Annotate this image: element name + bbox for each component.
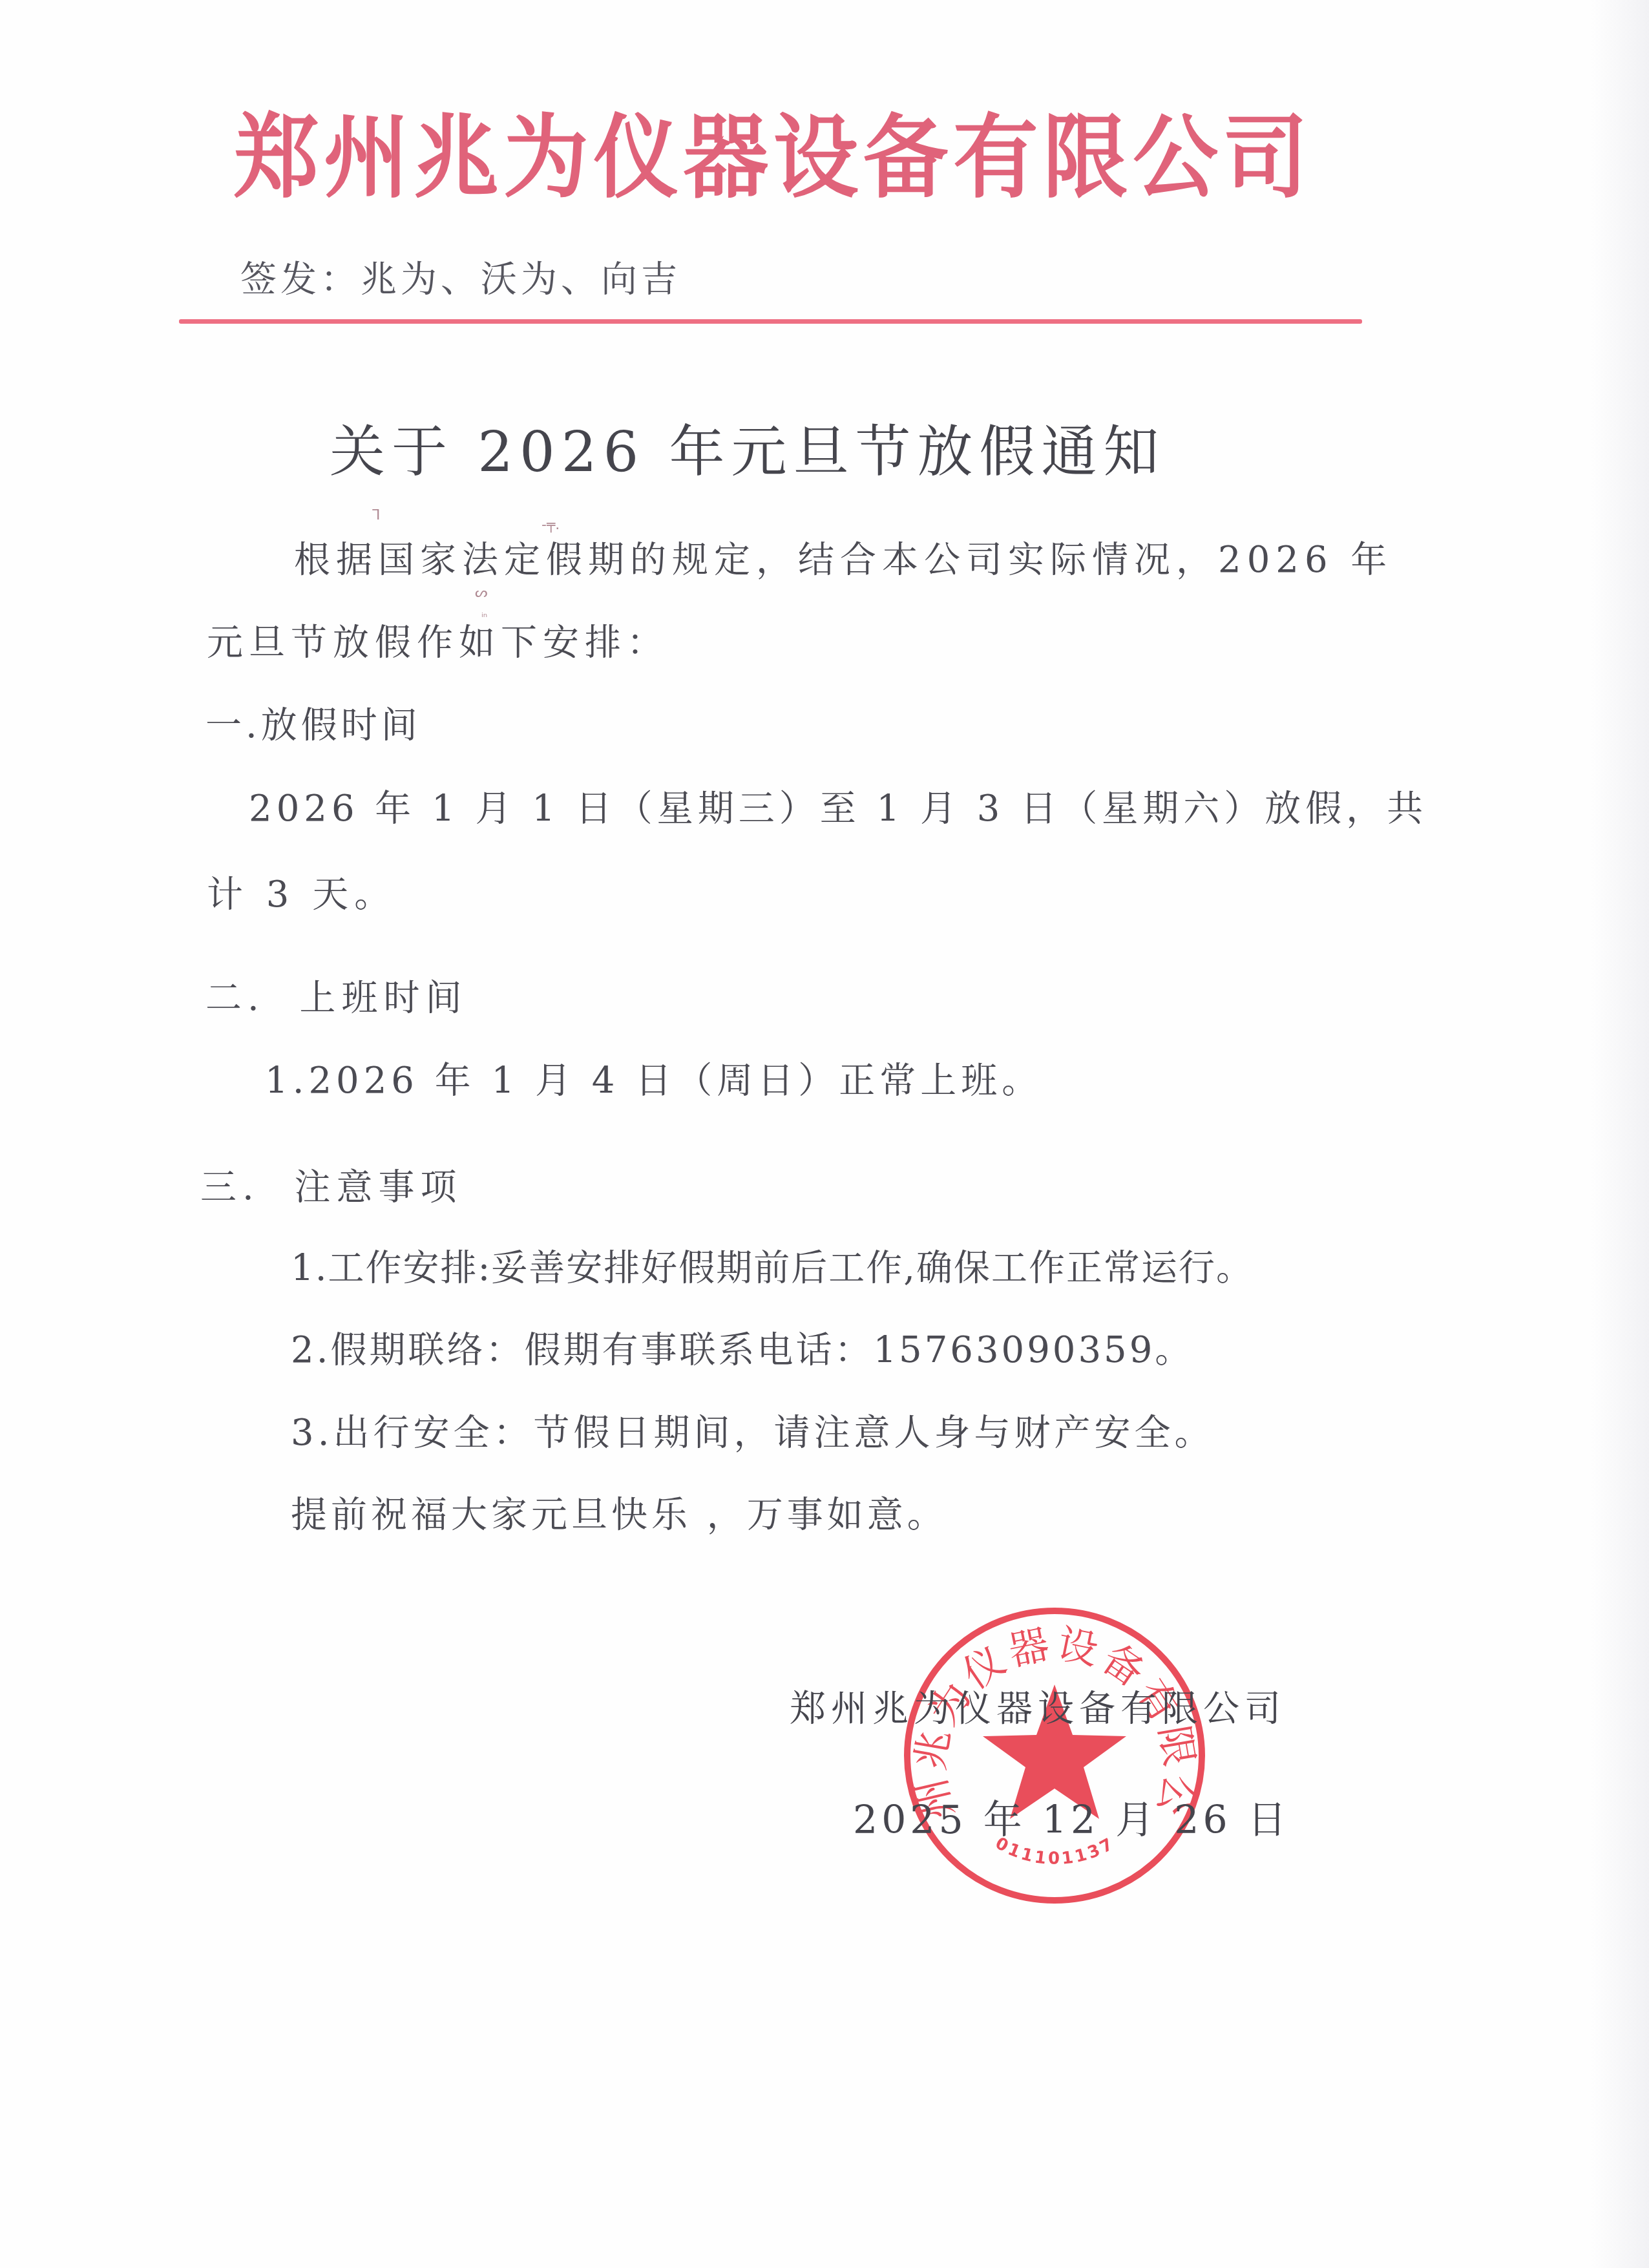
- closing-greeting: 提前祝福大家元旦快乐 ，万事如意。: [291, 1493, 947, 1538]
- holiday-time-line-2: 计 3 天。: [207, 872, 396, 918]
- signature-company: 郑州兆为仪器设备有限公司: [790, 1686, 1286, 1732]
- section-heading-work-time: 二. 上班时间: [205, 976, 467, 1021]
- intro-paragraph-line-2: 元旦节放假作如下安排：: [207, 620, 669, 666]
- scan-artifact: -╤.: [541, 517, 560, 533]
- scan-edge-shade: [1591, 0, 1649, 2268]
- note-item-travel-safety: 3.出行安全：节假日期间，请注意人身与财产安全。: [291, 1411, 1214, 1456]
- intro-paragraph-line-1: 根据国家法定假期的规定，结合本公司实际情况，2026 年: [294, 538, 1392, 583]
- note-item-work-arrangement: 1.工作安排:妥善安排好假期前后工作,确保工作正常运行。: [291, 1246, 1254, 1291]
- scan-artifact: ᔕ: [475, 585, 488, 601]
- letterhead-divider: [179, 319, 1362, 324]
- scan-artifact: ᒣ: [372, 507, 380, 523]
- notice-title: 关于 2026 年元旦节放假通知: [330, 417, 1166, 488]
- scan-artifact: ᵢₙ: [481, 607, 487, 620]
- section-heading-notes: 三. 注意事项: [200, 1165, 462, 1210]
- signature-date: 2025 年 12 月 26 日: [853, 1796, 1290, 1844]
- section-heading-holiday-time: 一.放假时间: [205, 703, 421, 748]
- holiday-time-line-1: 2026 年 1 月 1 日（星期三）至 1 月 3 日（星期六）放假，共: [249, 786, 1427, 832]
- work-time-line-1: 1.2026 年 1 月 4 日（周日）正常上班。: [265, 1058, 1042, 1104]
- letterhead-company-name: 郑州兆为仪器设备有限公司: [234, 107, 1312, 210]
- official-seal: 郑州兆为仪器设备有限公司 4101110113799: [903, 1607, 1206, 1904]
- issuer-line: 签发：兆为、沃为、向吉: [240, 257, 681, 302]
- note-item-holiday-contact: 2.假期联络：假期有事联系电话：15763090359。: [291, 1328, 1193, 1373]
